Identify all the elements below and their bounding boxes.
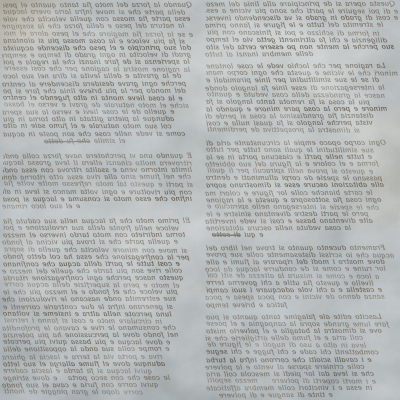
paragraph: Ogni corpo opaco empie la circunstante a… (206, 140, 398, 240)
handwriting-line: fatica e brieve tempo (206, 301, 398, 309)
paragraph: Quando la forza del moto fia tanto quant… (3, 2, 192, 145)
paragraph: La ragione per che lochio vede le cose l… (206, 63, 398, 134)
crossed-out-words: di sotto (212, 232, 241, 239)
manuscript-page: Quando la forza del moto fia tanto quant… (0, 0, 400, 400)
crossed-out-words: che fu detto (44, 137, 91, 145)
paragraph: Questa opera si de principiare alla lini… (206, 1, 398, 58)
handwriting-line: col suo moto naturale e el fumo sale in … (3, 123, 192, 131)
paragraph: E quando una vi perchotera nave forza co… (3, 153, 192, 210)
handwriting-line: corre dopo le gran pioggie de monti (4, 389, 193, 398)
handwriting-line: delle membra inanzi al tutto (205, 50, 397, 58)
text-column-right: Questa opera si de principiare alla lini… (206, 1, 398, 400)
handwriting-line: e el suo loco rimane (2, 202, 191, 210)
handwriting-line: si dimostra la prospettiva de perdimenti (207, 127, 399, 136)
handwriting-line: e qui di sotto (206, 232, 398, 240)
text-column-left: Quando la forza del moto fia tanto quant… (3, 2, 192, 400)
paragraph: El primo moto che fa lacqua nella sua ca… (3, 218, 192, 397)
handwriting-line: el simile che fu detto (2, 137, 191, 145)
handwriting-line: e tinte di sangue e di polvere (205, 392, 397, 400)
paragraph: Framento ducento quanto si trova nel lib… (206, 245, 398, 309)
paragraph: Lascito edite ale falagime tanto quanto … (206, 314, 398, 400)
